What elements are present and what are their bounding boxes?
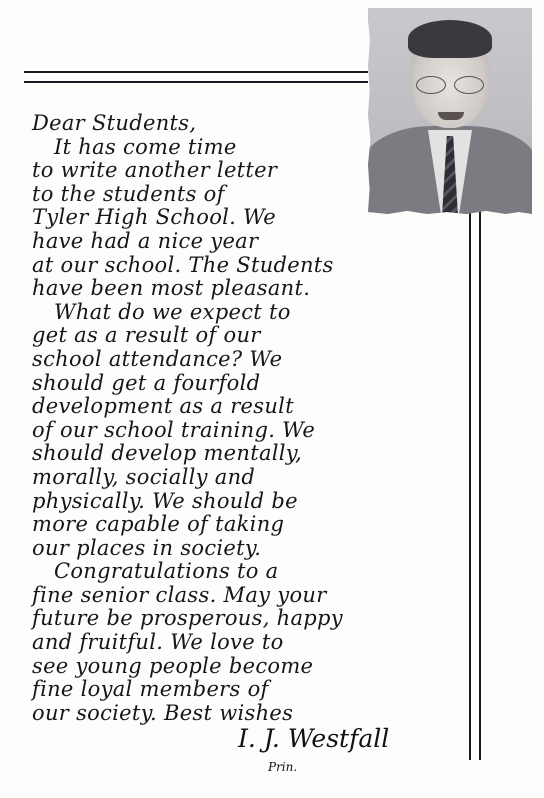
letter-line: future be prosperous, happy	[32, 607, 462, 631]
letter-line: fine senior class. May your	[32, 584, 462, 608]
signer-title: Prin.	[268, 760, 297, 774]
letter-line: Tyler High School. We	[32, 206, 462, 230]
letter-line: Congratulations to a	[32, 560, 462, 584]
signature: I. J. Westfall	[238, 724, 389, 753]
letter-line: to the students of	[32, 183, 462, 207]
letter-line: our places in society.	[32, 537, 462, 561]
letter-line: should develop mentally,	[32, 442, 462, 466]
letter-line: have had a nice year	[32, 230, 462, 254]
letter-line: and fruitful. We love to	[32, 631, 462, 655]
letter-line: of our school training. We	[32, 419, 462, 443]
letter-line: fine loyal members of	[32, 678, 462, 702]
letter-line: have been most pleasant.	[32, 277, 462, 301]
letter-line: more capable of taking	[32, 513, 462, 537]
letter-line: get as a result of our	[32, 324, 462, 348]
handwritten-letter: Dear Students, It has come timeto write …	[32, 112, 462, 725]
header-rule-bottom	[24, 81, 368, 83]
letter-line: should get a fourfold	[32, 372, 462, 396]
letter-line: our society. Best wishes	[32, 702, 462, 726]
letter-line: physically. We should be	[32, 490, 462, 514]
letter-salutation: Dear Students,	[32, 112, 462, 136]
header-rule-top	[24, 71, 368, 73]
portrait-glasses-icon	[416, 76, 484, 94]
portrait-hair	[408, 20, 492, 58]
margin-rule-left	[469, 210, 471, 760]
margin-rule-right	[479, 210, 481, 760]
letter-line: at our school. The Students	[32, 254, 462, 278]
letter-line: school attendance? We	[32, 348, 462, 372]
letter-line: morally, socially and	[32, 466, 462, 490]
letter-line: What do we expect to	[32, 301, 462, 325]
letter-body: It has come timeto write another lettert…	[32, 136, 462, 726]
letter-line: It has come time	[32, 136, 462, 160]
letter-line: see young people become	[32, 655, 462, 679]
letter-line: to write another letter	[32, 159, 462, 183]
letter-line: development as a result	[32, 395, 462, 419]
